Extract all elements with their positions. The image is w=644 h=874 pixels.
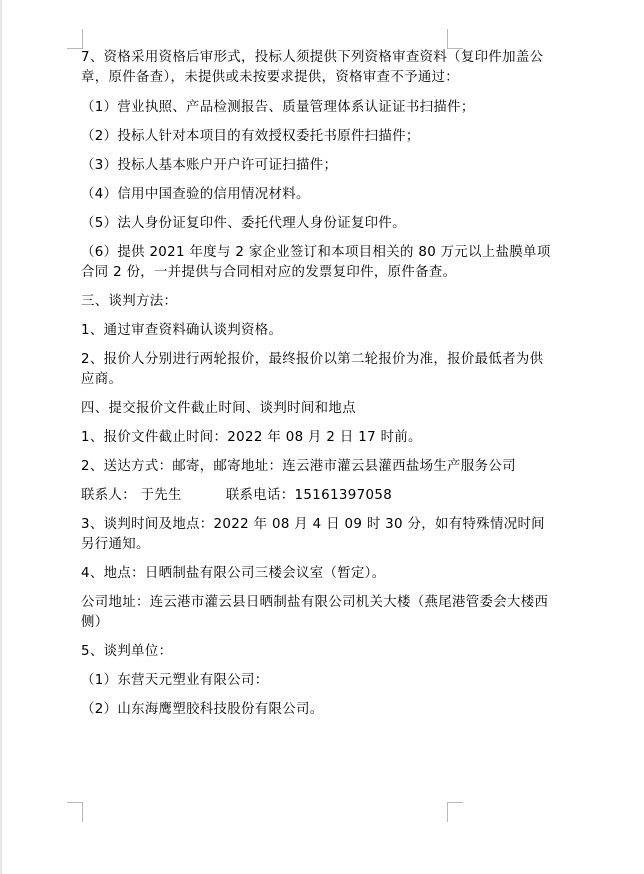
list-item-contracts: （6）提供 2021 年度与 2 家企业签订和本项目相关的 80 万元以上盐膜单… [81,243,553,283]
list-item-authorization-letter: （2）投标人针对本项目的有效授权委托书原件扫描件； [81,127,553,147]
contact-phone-number: 15161397058 [295,488,393,503]
contact-phone-label: 联系电话： [226,488,295,503]
list-item-bank-account-permit: （3）投标人基本账户开户许可证扫描件； [81,156,553,176]
margin-corner-top-left [67,29,83,49]
margin-corner-top-right [447,29,463,49]
list-item-id-copies: （5）法人身份证复印件、委托代理人身份证复印件。 [81,214,553,234]
list-item-unit-2: （2）山东海鹰塑胶科技股份有限公司。 [81,700,553,720]
paragraph-method-2: 2、报价人分别进行两轮报价，最终报价以第二轮报价为准，报价最低者为供应商。 [81,350,553,390]
paragraph-deadline: 1、报价文件截止时间：2022 年 08 月 2 日 17 时前。 [81,428,553,448]
list-item-unit-1: （1）东营天元塑业有限公司： [81,671,553,691]
paragraph-qualification-review: 7、资格采用资格后审形式，投标人须提供下列资格审查资料（复印件加盖公章，原件备查… [81,48,553,88]
contact-person-name: 于先生 [141,488,182,503]
paragraph-contact: 联系人： 于先生联系电话：15161397058 [81,486,553,506]
heading-negotiation-method: 三、谈判方法： [81,292,553,312]
margin-corner-bottom-left [67,802,83,822]
document-body[interactable]: 7、资格采用资格后审形式，投标人须提供下列资格审查资料（复印件加盖公章，原件备查… [81,47,553,720]
paragraph-negotiation-time: 3、谈判时间及地点：2022 年 08 月 4 日 09 时 30 分，如有特殊… [81,515,553,555]
document-page: 7、资格采用资格后审形式，投标人须提供下列资格审查资料（复印件加盖公章，原件备查… [2,0,644,874]
paragraph-company-address: 公司地址：连云港市灌云县日晒制盐有限公司机关大楼（燕尾港管委会大楼西侧） [81,593,553,633]
list-item-business-license: （1）营业执照、产品检测报告、质量管理体系认证证书扫描件； [81,98,553,118]
contact-person-label: 联系人： [81,488,136,503]
heading-negotiation-units: 5、谈判单位： [81,642,553,662]
paragraph-location: 4、地点：日晒制盐有限公司三楼会议室（暂定）。 [81,564,553,584]
margin-corner-bottom-right [447,802,463,822]
paragraph-method-1: 1、通过审查资料确认谈判资格。 [81,321,553,341]
heading-deadline-time-place: 四、提交报价文件截止时间、谈判时间和地点 [81,399,553,419]
paragraph-delivery-method: 2、送达方式：邮寄，邮寄地址：连云港市灌云县灌西盐场生产服务公司 [81,457,553,477]
list-item-credit-china: （4）信用中国查验的信用情况材料。 [81,185,553,205]
